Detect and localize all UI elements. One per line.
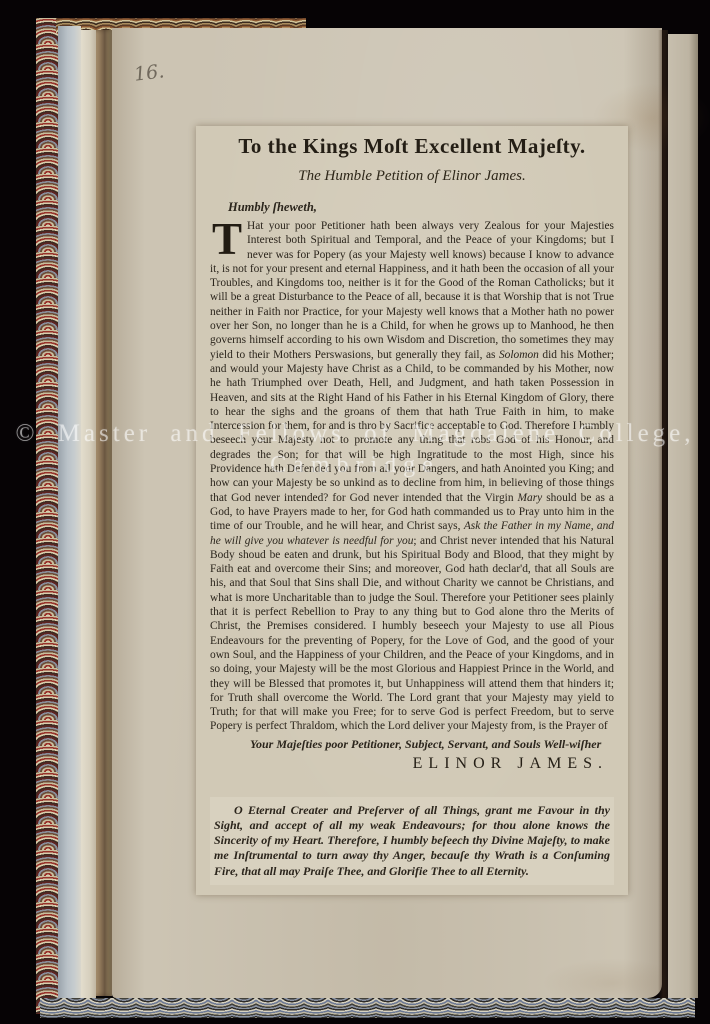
book-page: 16. To the Kings Moſt Excellent Majeſty.… xyxy=(112,28,662,998)
page-fore-edge-strip xyxy=(58,26,81,1002)
page-fore-edge-strip-2 xyxy=(81,30,96,998)
petition-title: To the Kings Moſt Excellent Majeſty. xyxy=(210,134,614,159)
page-fold-shadow xyxy=(658,30,668,998)
petition-body: THat your poor Petitioner hath been alwa… xyxy=(210,219,614,734)
drop-cap: T xyxy=(210,219,247,259)
petition-signature: ELINOR JAMES. xyxy=(210,755,608,773)
gutter-shadow xyxy=(96,30,112,996)
petition-body-text: Hat your poor Petitioner hath been alway… xyxy=(210,220,614,732)
petition-slip: To the Kings Moſt Excellent Majeſty. The… xyxy=(196,126,628,895)
folio-number: 16. xyxy=(133,60,166,86)
adjacent-page-edge xyxy=(668,34,698,998)
prayer-paragraph: O Eternal Creater and Preſerver of all T… xyxy=(210,797,614,885)
petition-closing-line: Your Majeſties poor Petitioner, Subject,… xyxy=(250,737,614,752)
marbled-book-edge-bottom-icon xyxy=(40,998,695,1018)
petition-salutation: Humbly ſheweth, xyxy=(228,200,614,215)
marbled-book-edge-left-icon xyxy=(36,18,60,1014)
petition-subtitle: The Humble Petition of Elinor James. xyxy=(210,168,614,185)
photo-frame: 16. To the Kings Moſt Excellent Majeſty.… xyxy=(0,0,710,1024)
